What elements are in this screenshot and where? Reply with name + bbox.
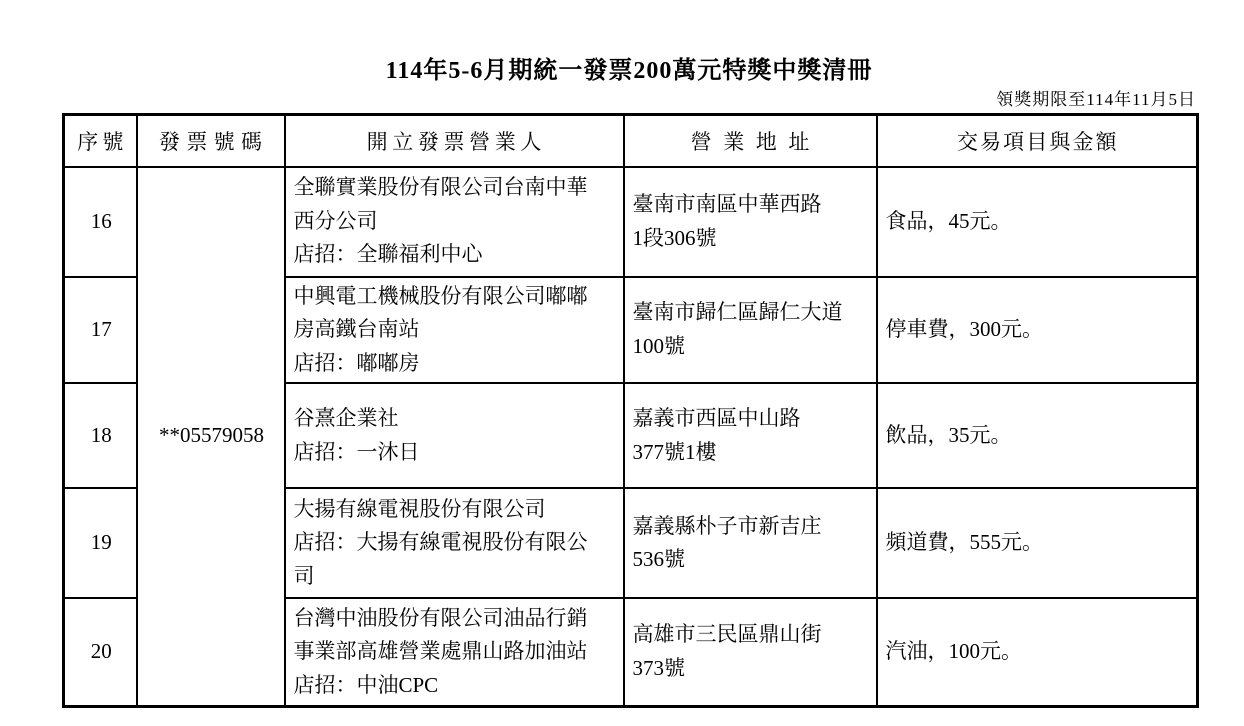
seller-cell: 谷熹企業社 店招：一沐日 [285, 383, 624, 488]
header-row: 序號 發票號碼 開立發票營業人 營業地址 交易項目與金額 [64, 115, 1198, 167]
address-cell: 嘉義縣朴子市新吉庄 536號 [624, 488, 877, 598]
seller-cell: 台灣中油股份有限公司油品行銷 事業部高雄營業處鼎山路加油站 店招：中油CPC [285, 598, 624, 706]
winners-table: 序號 發票號碼 開立發票營業人 營業地址 交易項目與金額 16 **055790… [62, 113, 1199, 708]
page-title: 114年5-6月期統一發票200萬元特獎中獎清冊 [62, 50, 1196, 85]
seq-cell: 19 [64, 488, 137, 598]
seq-cell: 16 [64, 167, 137, 277]
seq-cell: 17 [64, 277, 137, 384]
seq-cell: 20 [64, 598, 137, 706]
transaction-cell: 食品，45元。 [877, 167, 1198, 277]
header-seller: 開立發票營業人 [285, 115, 624, 167]
document-page: 114年5-6月期統一發票200萬元特獎中獎清冊 領獎期限至114年11月5日 … [0, 0, 1244, 726]
address-cell: 高雄市三民區鼎山街 373號 [624, 598, 877, 706]
address-cell: 臺南市南區中華西路 1段306號 [624, 167, 877, 277]
header-transaction: 交易項目與金額 [877, 115, 1198, 167]
deadline-note: 領獎期限至114年11月5日 [62, 85, 1196, 110]
address-cell: 嘉義市西區中山路 377號1樓 [624, 383, 877, 488]
seller-cell: 全聯實業股份有限公司台南中華 西分公司 店招：全聯福利中心 [285, 167, 624, 277]
transaction-cell: 汽油，100元。 [877, 598, 1198, 706]
seller-cell: 大揚有線電視股份有限公司 店招：大揚有線電視股份有限公 司 [285, 488, 624, 598]
transaction-cell: 飲品，35元。 [877, 383, 1198, 488]
table-row: 16 **05579058 全聯實業股份有限公司台南中華 西分公司 店招：全聯福… [64, 167, 1198, 277]
header-seq: 序號 [64, 115, 137, 167]
seq-cell: 18 [64, 383, 137, 488]
seller-cell: 中興電工機械股份有限公司嘟嘟 房高鐵台南站 店招：嘟嘟房 [285, 277, 624, 384]
address-cell: 臺南市歸仁區歸仁大道 100號 [624, 277, 877, 384]
transaction-cell: 頻道費，555元。 [877, 488, 1198, 598]
header-address: 營業地址 [624, 115, 877, 167]
invoice-number-cell: **05579058 [137, 167, 285, 707]
header-invoice-number: 發票號碼 [137, 115, 285, 167]
transaction-cell: 停車費，300元。 [877, 277, 1198, 384]
